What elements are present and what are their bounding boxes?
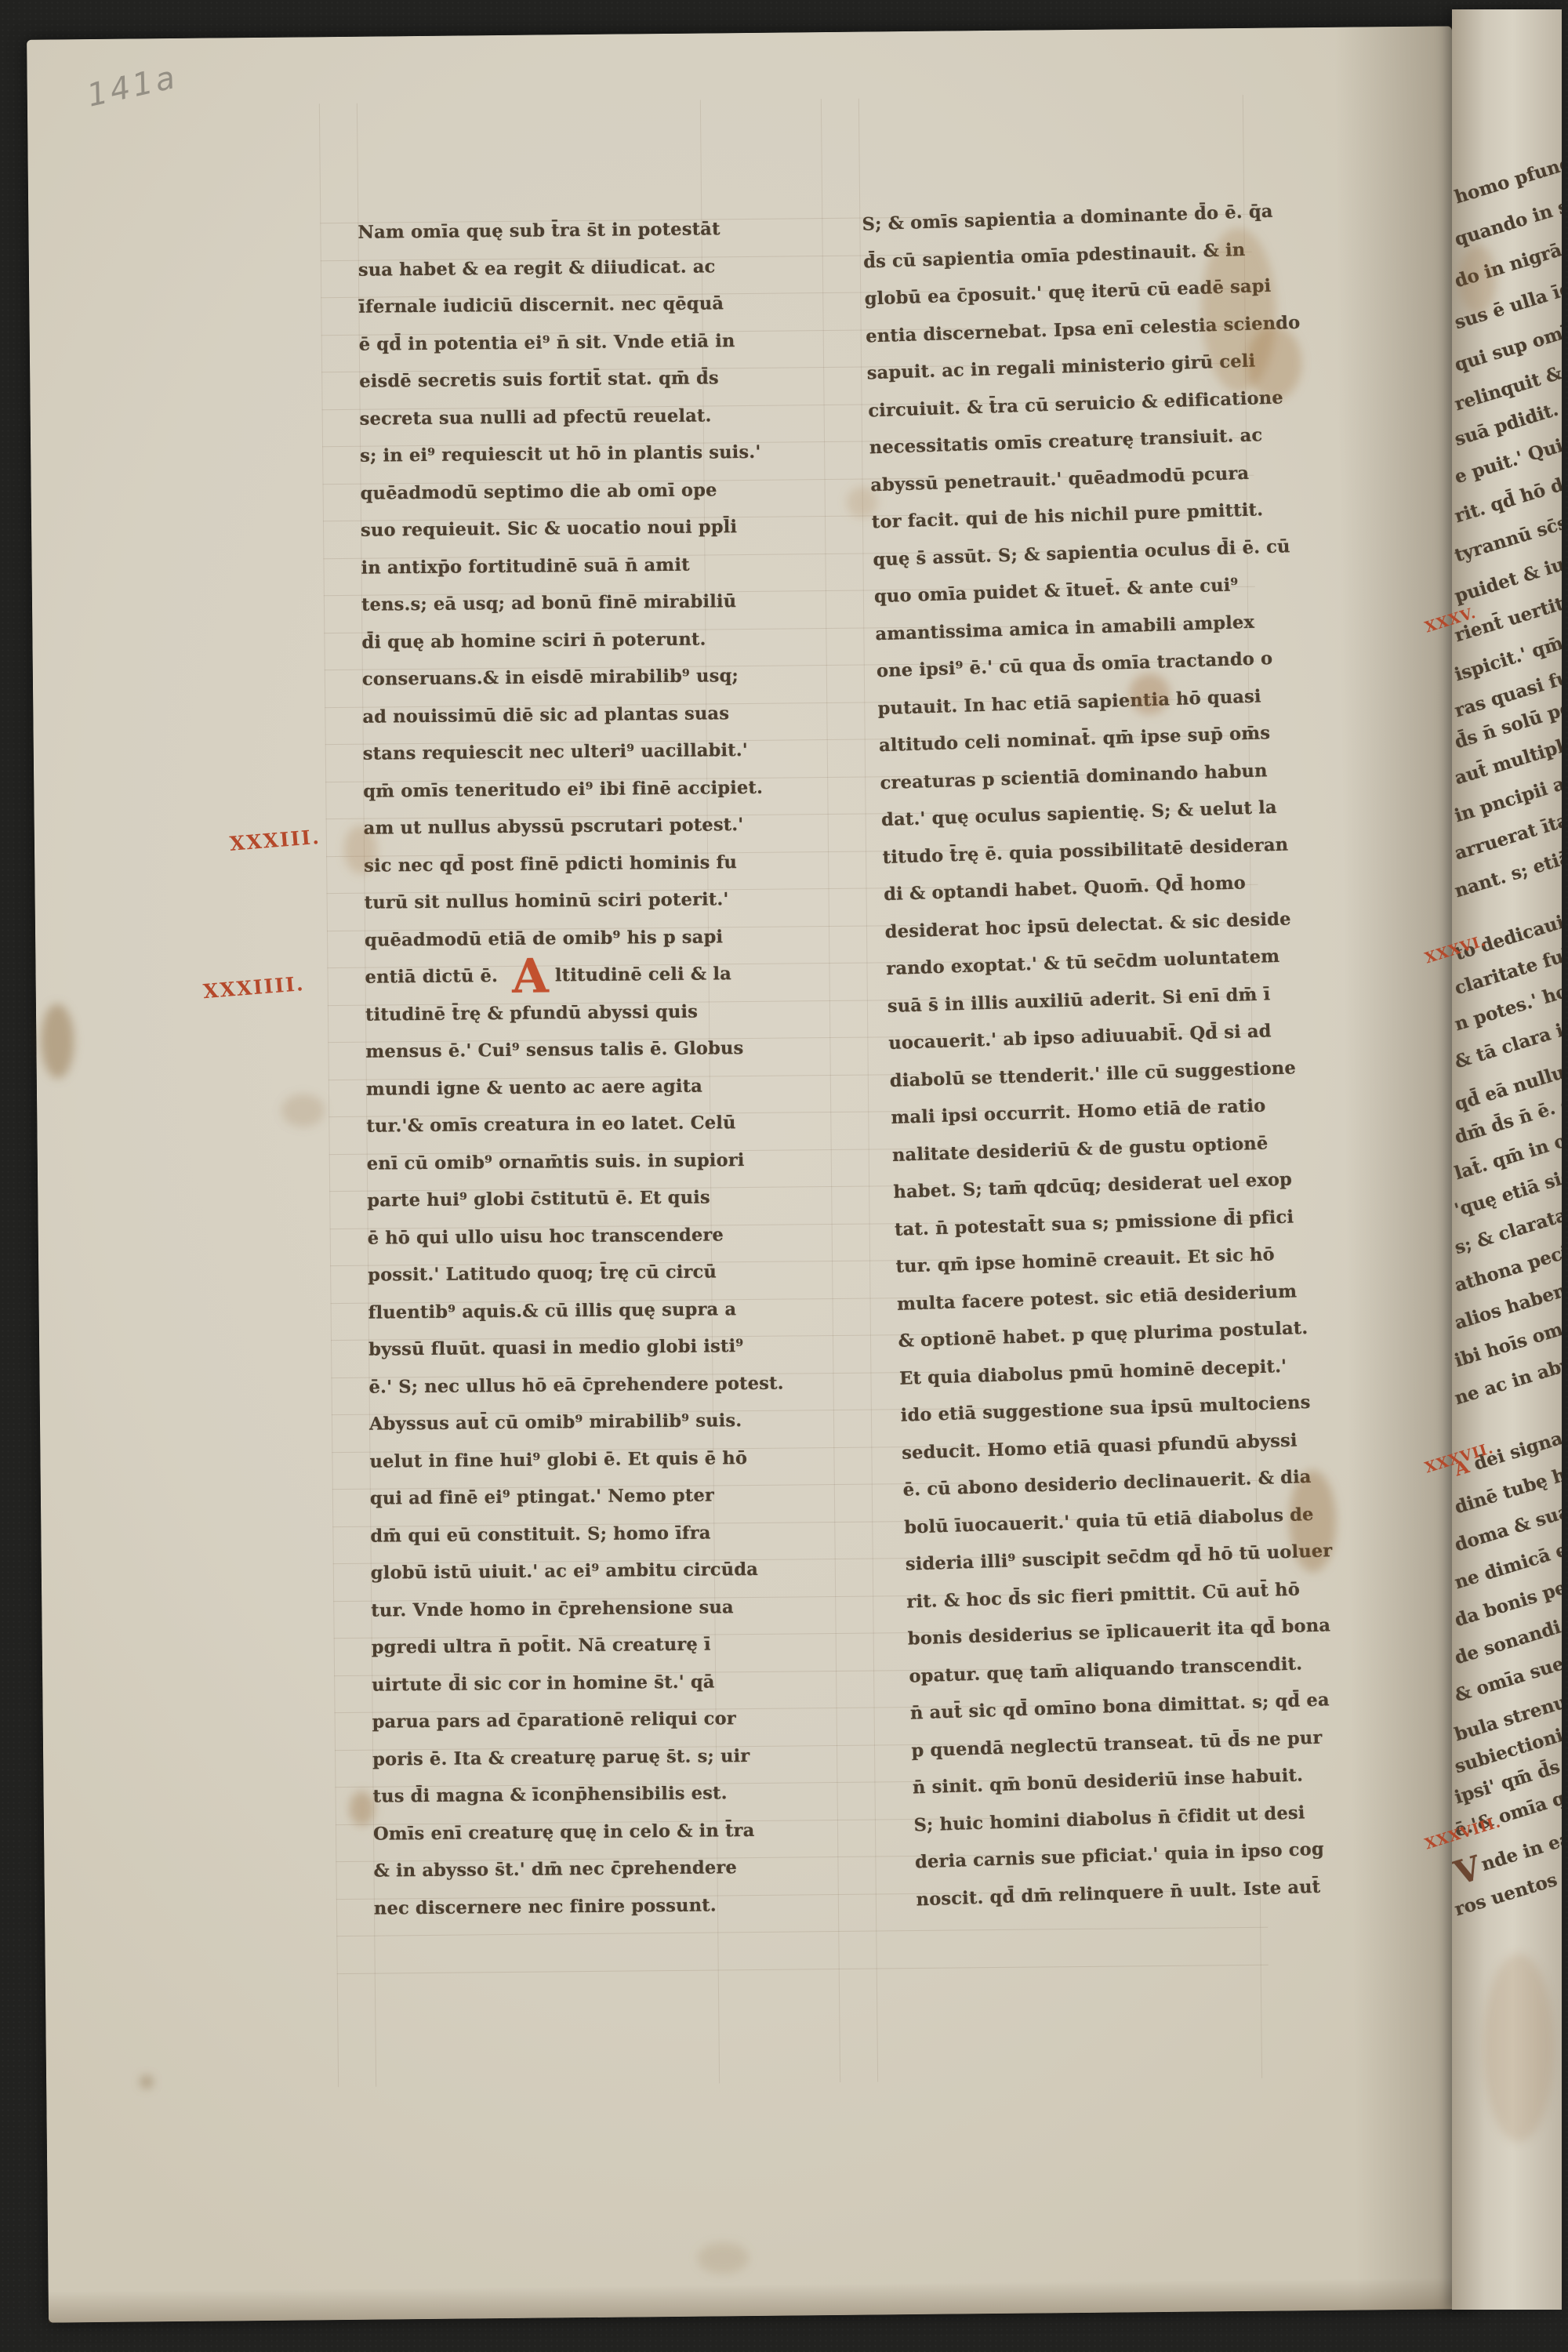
text-line: nec discernere nec finire possunt.: [374, 1894, 782, 1935]
text-line: dm̄ qui eū constituit. S; homo īfra: [370, 1522, 778, 1563]
rubric-chapter-initial: A: [512, 968, 549, 984]
text-line: tur.'& omīs creatura in eo latet. Celū: [366, 1112, 774, 1153]
text-column-1: Nam omīa quę sub t̄ra s̄t in potestātsua…: [358, 219, 782, 1936]
text-line: in antixp̄o fortitudinē suā n̄ amit: [361, 554, 768, 594]
stain: [350, 1791, 375, 1826]
stain: [847, 486, 878, 517]
text-line: byssū fluūt. quasi in medio globi isti⁹: [368, 1336, 776, 1377]
text-line: Nam omīa quę sub t̄ra s̄t in potestāt: [358, 219, 765, 260]
chapter-margin-numeral: XXXIIII.: [136, 972, 306, 1008]
text-line: ad nouissimū diē sic ad plantas suas: [362, 702, 770, 743]
text-line: s; in ei⁹ requiescit ut hō in plantis su…: [360, 442, 768, 483]
text-line: poris ē. Ita & creaturę paruę s̄t. s; ui…: [372, 1745, 780, 1786]
text-line-segment: entiā dictū ē.: [365, 966, 504, 988]
text-line: qui ad finē ei⁹ ptingat.' Nemo pter: [370, 1485, 778, 1526]
folio-number: 141a: [84, 59, 181, 114]
text-column-2: S; & omīs sapientia a dominante d̄o ē. q…: [862, 201, 1324, 1927]
stain: [1289, 1470, 1337, 1573]
text-line: quēadmodū etiā de omib⁹ his p sapi: [365, 926, 772, 967]
stain: [1460, 245, 1496, 315]
text-line: pgredi ultra n̄ pot̄it. Nā creaturę ī: [372, 1634, 779, 1675]
text-line: fluentib⁹ aquis.& cū illis quę supra a: [368, 1298, 776, 1339]
ruling-line: [337, 1964, 1269, 1973]
text-line: & in abysso s̄t.' dm̄ nec c̄prehendere: [373, 1857, 781, 1898]
text-line: turū sit nullus hominū sciri poterit.': [365, 889, 772, 930]
fragment-line: A dei signa & candida: [1452, 1396, 1562, 1480]
photograph-background: 141a XXXIII.XXXIIII. Nam omīa quę sub t̄…: [0, 0, 1568, 2352]
text-line: ē qd̄ in potentia ei⁹ n̄ sit. Vnde etiā …: [359, 330, 767, 371]
ruling-line-vertical: [319, 103, 339, 2087]
next-page-edge: homo pfundū abysquando in sole fulmdo in…: [1452, 9, 1562, 2310]
text-line: conseruans.& in eisdē mirabilib⁹ usq;: [362, 666, 770, 706]
text-line: d̄i quę ab homine sciri n̄ poterunt.: [361, 628, 769, 669]
text-line: suo requieuit. Sic & uocatio noui ppl̄i: [361, 517, 768, 557]
text-line: secreta sua nulli ad pfectū reuelat.: [360, 405, 768, 445]
text-line: uelut in fine hui⁹ globi ē. Et quis ē hō: [369, 1447, 777, 1488]
text-line: titudinē t̄rę & pfundū abyssi quis: [365, 1000, 773, 1041]
stain: [344, 826, 378, 874]
chapter-margin-numeral: XXXIII.: [151, 826, 321, 862]
ruling-lines: [27, 26, 1452, 39]
text-line: mensus ē.' Cui⁹ sensus talis ē. Globus: [365, 1038, 773, 1079]
text-line: sua habet & ea regit & diiudicat. ac: [358, 256, 766, 296]
text-line: parte hui⁹ globi c̄stitutū ē. Et quis: [367, 1187, 775, 1228]
ruling-line-vertical: [821, 99, 840, 2082]
text-line: mundi igne & uento ac aere agita: [366, 1075, 774, 1116]
text-line: ē hō qui ullo uisu hoc transcendere: [368, 1224, 775, 1265]
text-line: eisdē secretis suis fortit̄ stat. qm̄ d̄…: [359, 368, 767, 408]
text-line: ē.' S; nec ullus hō eā c̄prehendere pote…: [368, 1373, 776, 1414]
text-line: qm̄ omīs teneritudo ei⁹ ibi finē accipie…: [363, 777, 771, 818]
text-line: uirtute d̄i sic cor in homine s̄t.' qā: [372, 1671, 779, 1711]
stain: [281, 1094, 325, 1127]
margin-numerals: XXXIII.XXXIIII.: [27, 26, 1452, 39]
text-line: enī cū omib⁹ ornam̄tis suis. in supiori: [367, 1149, 775, 1190]
text-line: am ut nullus abyssū pscrutari potest.': [364, 815, 771, 855]
fragment-line: homo pfundū abys: [1452, 133, 1562, 208]
page-bottom-shadow: [49, 2278, 1474, 2322]
stain: [1129, 673, 1170, 714]
fragment-initial: V: [1454, 1864, 1481, 1878]
manuscript-left-page: 141a XXXIII.XXXIIII. Nam omīa quę sub t̄…: [27, 26, 1474, 2322]
text-line: tus d̄i magna & īconp̄hensibilis est.: [372, 1783, 780, 1824]
stain: [140, 2075, 153, 2088]
text-line: quēadmodū septimo die ab omī ope: [361, 479, 768, 520]
text-line: stans requiescit nec ulteri⁹ uacillabit.…: [363, 740, 771, 781]
text-line: Omīs enī creaturę quę in celo & in t̄ra: [373, 1820, 781, 1860]
text-line: possit.' Latitudo quoq; t̄rę cū circū: [368, 1261, 775, 1302]
text-line-segment: ltitudinē celi & la: [555, 964, 731, 985]
stain: [697, 2242, 749, 2274]
stain: [1483, 1954, 1554, 2142]
text-line: entiā dictū ē. Altitudinē celi & la: [365, 964, 772, 1004]
text-line: sic nec qd̄ post finē pdicti hominis fu: [364, 851, 771, 892]
text-line: globū istū uiuit.' ac ei⁹ ambitu circūda: [371, 1559, 779, 1600]
text-line: parua pars ad c̄parationē reliqui cor: [372, 1708, 780, 1749]
stain: [1247, 325, 1302, 401]
text-line: tens.s; eā usq; ad bonū finē mirabiliū: [361, 591, 769, 632]
stain: [41, 1004, 74, 1078]
text-line: īfernale iudiciū discernit. nec qēquā: [358, 293, 766, 334]
text-line: Abyssus aut̄ cū omib⁹ mirabilib⁹ suis.: [369, 1410, 777, 1451]
text-line: tur. Vnde homo in c̄prehensione sua: [371, 1596, 779, 1637]
